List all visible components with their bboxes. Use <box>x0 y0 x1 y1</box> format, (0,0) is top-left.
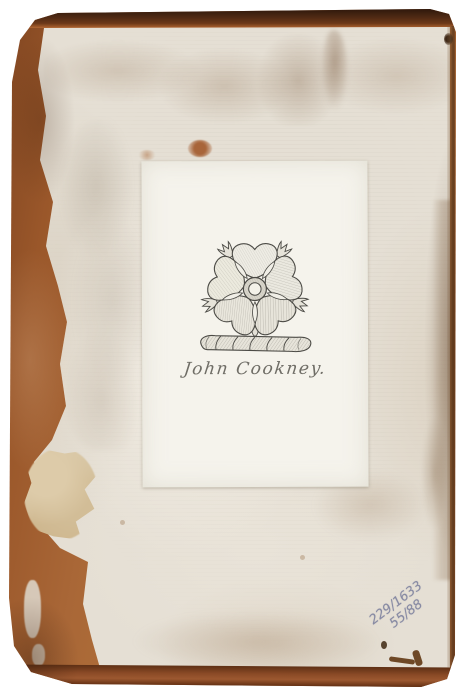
foxing-dot <box>120 520 125 525</box>
stain-spot-above-plate <box>188 140 212 157</box>
rose-petals <box>205 243 306 339</box>
rose-center-ring <box>243 277 266 300</box>
board-bottom-edge <box>4 664 462 689</box>
stain-hinge-streaks <box>408 200 452 580</box>
leather-worn-patch <box>32 644 45 666</box>
rose-barbs <box>200 240 309 312</box>
board-top-edge <box>0 9 462 28</box>
torse-wreath <box>201 335 311 352</box>
worm-track-mark <box>412 649 424 666</box>
show-through-text <box>0 0 462 700</box>
pastedown-paper <box>0 0 462 700</box>
rose-flower <box>200 240 309 339</box>
worm-track-mark <box>389 656 415 665</box>
shelfmark-line-2: 55/88 <box>387 570 462 631</box>
stain-bottom-wash <box>130 600 410 670</box>
paper-tone-mottling <box>0 0 462 700</box>
shelfmark-inscription: 229/1633 55/88 <box>367 558 462 640</box>
paper-loss-patch <box>24 448 98 540</box>
stain-spot-above-plate <box>138 150 156 160</box>
stain-below-plate <box>300 460 440 550</box>
stain-drip <box>322 30 348 116</box>
stem-knot <box>252 327 258 337</box>
book-photo: John Cookney. 229/1633 55/88 <box>0 0 462 700</box>
rose-sepal-tips <box>222 260 288 323</box>
foxing-dot <box>300 555 305 560</box>
owner-name-script: John Cookney. <box>141 359 369 380</box>
hinge-shadow <box>447 26 455 668</box>
ink-dot <box>381 641 387 649</box>
stain-top-band <box>44 26 454 126</box>
rose-crest-engraving <box>179 235 331 374</box>
leather-worn-patch <box>24 580 41 638</box>
book-cover: John Cookney. 229/1633 55/88 <box>0 0 462 700</box>
shelfmark-line-1: 229/1633 <box>367 558 453 628</box>
stain-left-mottle <box>52 120 162 450</box>
bookplate: John Cookney. <box>141 161 368 488</box>
wormhole-spot <box>444 33 453 45</box>
